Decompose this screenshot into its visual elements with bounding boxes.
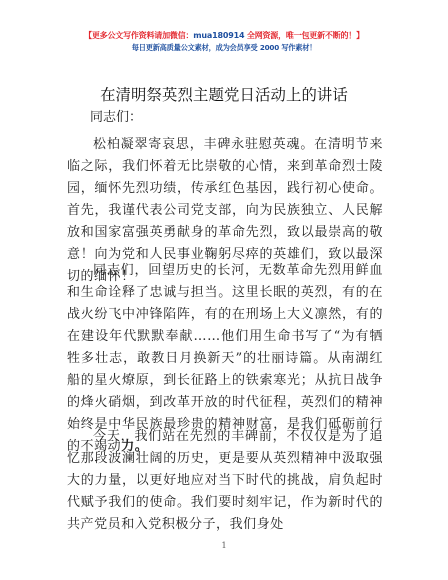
promo-text-blue: 每日更新高质量公文素材，成为会员享受 2000 写作素材！ <box>132 43 317 52</box>
promo-banner-line-2: 每日更新高质量公文素材，成为会员享受 2000 写作素材！ <box>0 43 448 53</box>
document-page: 【更多公文写作资料请加微信：mua180914 全网资源，唯一包更新不断的！】 … <box>0 0 448 580</box>
body-paragraph-3: 今天，我们站在先烈的丰碑前，不仅仅是为了追忆那段波澜壮阔的历史，更是要从英烈精神… <box>67 426 383 536</box>
salutation: 同志们： <box>90 107 142 129</box>
paragraph-text: 今天，我们站在先烈的丰碑前，不仅仅是为了追忆那段波澜壮阔的历史，更是要从英烈精神… <box>67 429 383 532</box>
promo-wechat-id: mua180914 <box>193 31 244 40</box>
promo-text-red-a: 【更多公文写作资料请加微信： <box>84 31 193 40</box>
promo-banner-line-1: 【更多公文写作资料请加微信：mua180914 全网资源，唯一包更新不断的！】 <box>0 31 448 41</box>
page-number: 1 <box>0 540 448 552</box>
document-title: 在清明祭英烈主题党日活动上的讲话 <box>0 84 448 106</box>
promo-text-red-b: 全网资源，唯一包更新不断的！】 <box>244 31 364 40</box>
